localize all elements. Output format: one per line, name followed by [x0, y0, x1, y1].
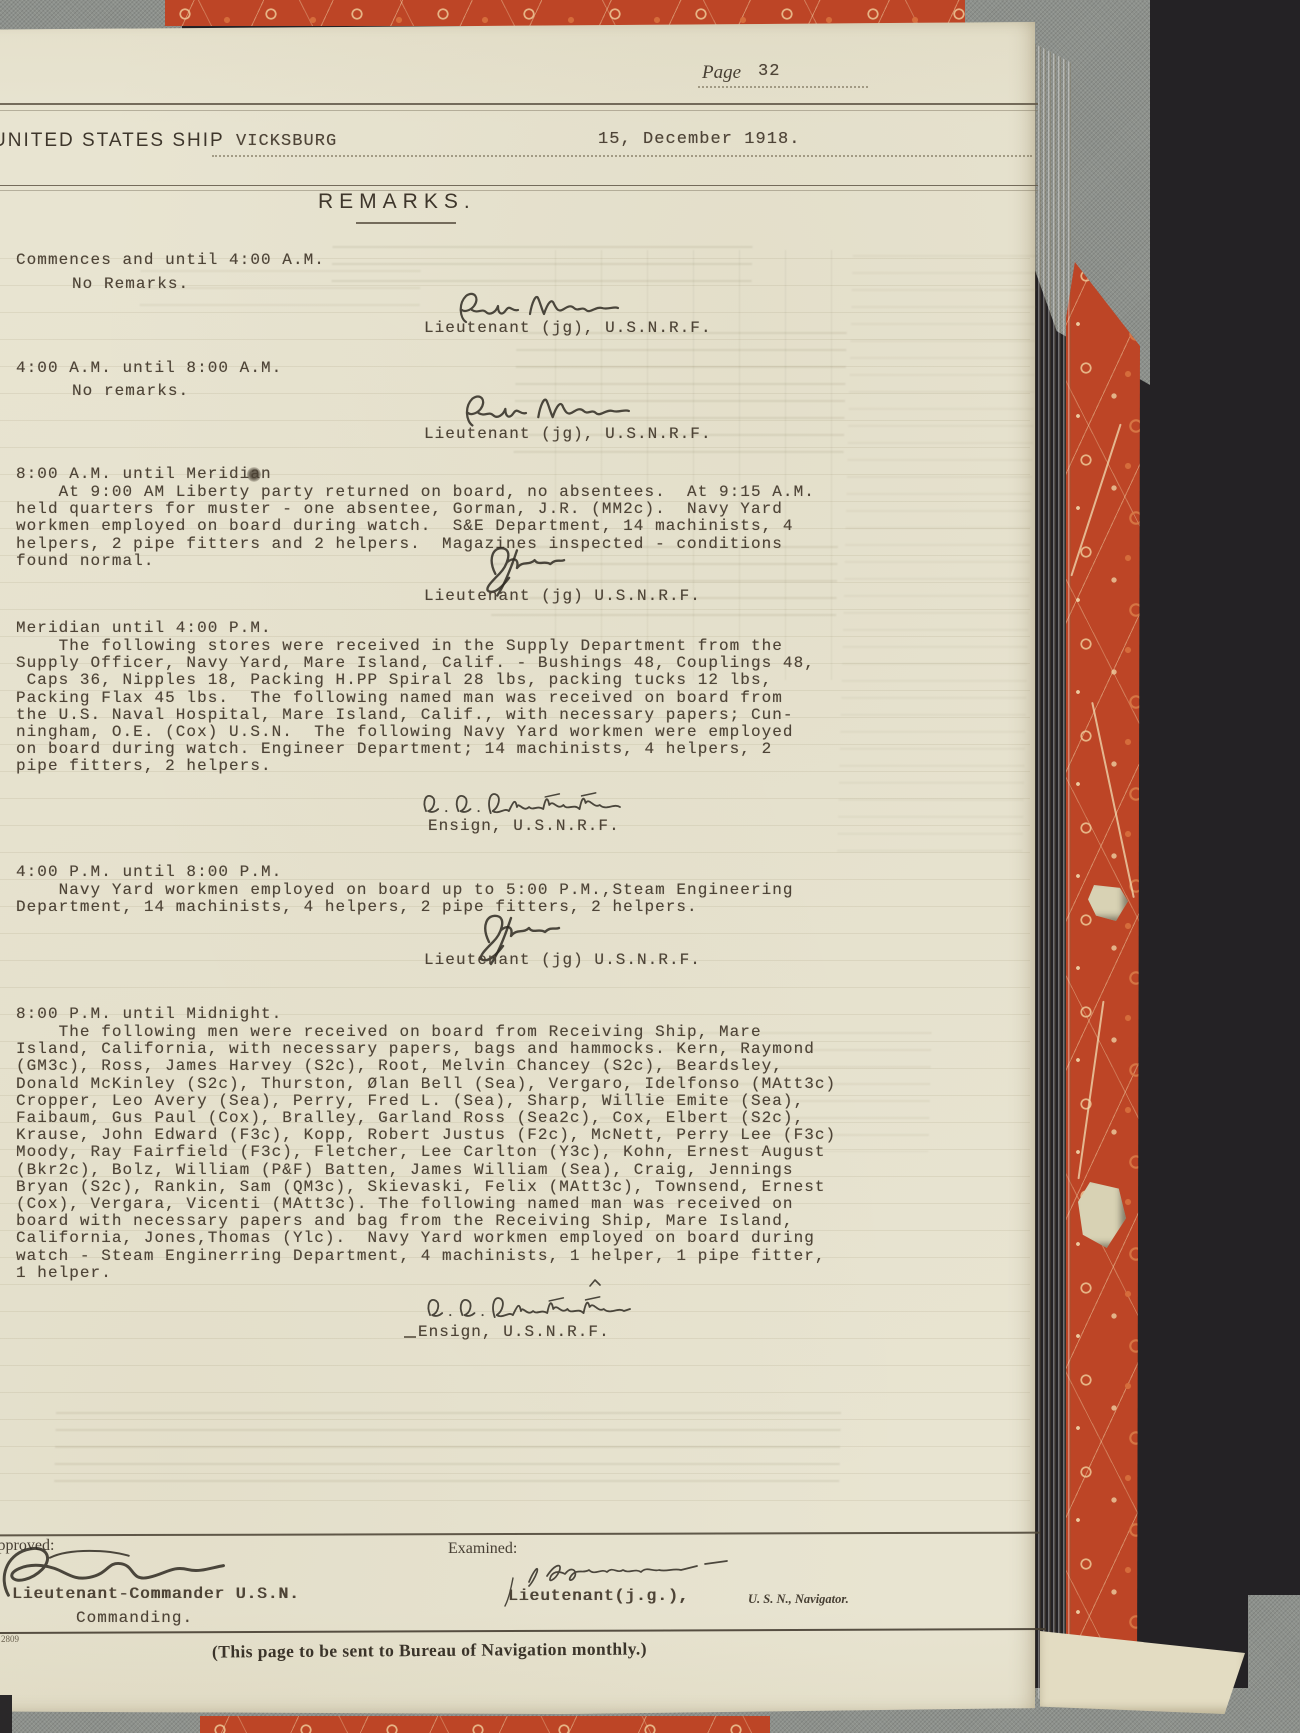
subheader-rule-shadow: [0, 190, 1038, 191]
stray-underline-mark: [404, 1336, 416, 1338]
entry-heading: 8:00 P.M. until Midnight.: [16, 1006, 282, 1023]
examined-title-small: U. S. N., Navigator.: [748, 1592, 849, 1607]
shadow-sliver: [0, 1695, 12, 1733]
entry-body: No Remarks.: [72, 276, 189, 293]
entry-body: Navy Yard workmen employed on board up t…: [16, 882, 794, 916]
signature-title: Ensign, U.S.N.R.F.: [428, 818, 620, 835]
footer-note: (This page to be sent to Bureau of Navig…: [212, 1638, 647, 1662]
entry-heading: 4:00 A.M. until 8:00 A.M.: [16, 360, 282, 377]
entry-body: The following stores were received in th…: [16, 638, 815, 776]
entry-body: At 9:00 AM Liberty party returned on boa…: [16, 484, 815, 570]
subheader-rule: [0, 185, 1038, 186]
entry-heading: 4:00 P.M. until 8:00 P.M.: [16, 864, 282, 881]
remarks-title: REMARKS.: [318, 190, 476, 214]
signature-title: Lieutenant (jg), U.S.N.R.F.: [424, 320, 712, 337]
dotted-leader: [212, 155, 1032, 157]
dotted-leader: [698, 86, 868, 88]
ink-blot: [247, 467, 261, 482]
marbled-cover-top-strip: [165, 0, 965, 26]
approved-title: Lieutenant-Commander U.S.N.: [12, 1586, 300, 1603]
signature-title: Lieutenant (jg), U.S.N.R.F.: [424, 426, 712, 443]
approved-title2: Commanding.: [76, 1610, 193, 1627]
form-number: 2809: [1, 1634, 19, 1644]
page-number: 32: [758, 63, 781, 80]
signature-title: Ensign, U.S.N.R.F.: [418, 1324, 610, 1341]
entry-body: The following men were received on board…: [16, 1024, 836, 1282]
entry-heading: Commences and until 4:00 A.M.: [16, 252, 325, 269]
header-rule: [0, 103, 1038, 105]
marbled-cover-bottom-strip: [200, 1716, 770, 1733]
entry-heading: 8:00 A.M. until Meridian: [16, 466, 272, 483]
header-rule-shadow: [0, 110, 1038, 111]
ship-label: UNITED STATES SHIP: [0, 130, 225, 152]
scanned-logbook-photo: Page 32 UNITED STATES SHIP VICKSBURG 15,…: [0, 0, 1300, 1733]
cover-fabric-bottom-right: [1248, 1595, 1300, 1733]
examined-title: Lieutenant(j.g.),: [508, 1588, 689, 1605]
signature-commanding-officer: [0, 1538, 240, 1617]
page-label: Page: [702, 62, 741, 84]
remarks-underline: [356, 222, 456, 224]
entry-heading: Meridian until 4:00 P.M.: [16, 620, 272, 637]
bleed-through: [837, 255, 1038, 855]
bleed-through: [54, 1412, 841, 1492]
entry-body: No remarks.: [72, 383, 189, 400]
signature-title: Lieutenant (jg) U.S.N.R.F.: [424, 588, 701, 605]
ship-name: VICKSBURG: [236, 133, 337, 150]
signature-title: Lieutenant (jg) U.S.N.R.F.: [424, 952, 701, 969]
log-date: 15, December 1918.: [598, 131, 801, 148]
